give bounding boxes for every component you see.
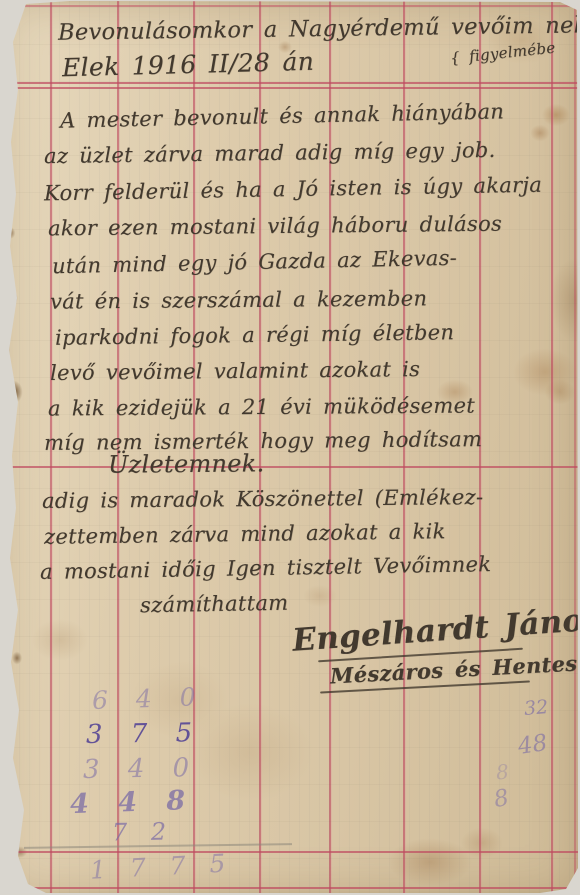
body-line-1: A mester bevonult és annak hiányában — [60, 99, 505, 132]
body-line-12: adig is maradok Köszönettel (Emlékez- — [42, 485, 484, 513]
body-line-2: az üzlet zárva marad adig míg egy job. — [44, 138, 496, 168]
dateline: Elek 1916 II/28 án — [62, 47, 315, 83]
signature-name: Engelhardt János — [291, 601, 580, 658]
letter-paper: Bevonulásomkor a Nagyérdemű vevőim nek {… — [0, 0, 580, 895]
calc-left-row-4: 4 4 8 — [69, 785, 195, 820]
calc-left-row-5: 7 2 — [112, 817, 175, 846]
body-line-13: zettemben zárva mind azokat a kik — [44, 519, 446, 549]
signature-profession: Mészáros és Hentes — [330, 651, 578, 689]
horizontal-rule-top — [0, 5, 580, 7]
horizontal-rule-mid — [0, 466, 580, 468]
body-line-4: akor ezen mostani világ háboru dulásos — [48, 212, 502, 241]
horizontal-rule-header-a — [0, 82, 580, 84]
calc-left-total: 1 7 7 5 — [89, 848, 234, 884]
calc-left-row-1: 6 4 0 — [92, 682, 207, 715]
calc-left-row-2: 3 7 5 — [86, 718, 203, 750]
body-line-14: a mostani időig Igen tisztelt Vevőimnek — [40, 552, 492, 584]
calc-left-row-3: 3 4 0 — [83, 753, 200, 785]
horizontal-rule-bottom-b — [0, 887, 580, 889]
body-line-8: levő vevőimel valamint azokat is — [50, 357, 420, 385]
horizontal-rule-header-b — [0, 87, 580, 89]
calc-right-row-3: 8 — [495, 759, 510, 784]
vertical-rule-8 — [551, 0, 553, 895]
body-line-7: iparkodni fogok a régi míg életben — [55, 320, 454, 350]
body-line-11: Üzletemnek. — [108, 449, 265, 478]
vertical-rule-9 — [574, 0, 576, 895]
body-line-9: a kik ezidejük a 21 évi müködésemet — [48, 394, 475, 421]
header-line: Bevonulásomkor a Nagyérdemű vevőim nek — [58, 12, 580, 45]
body-line-6: vát én is szerszámal a kezemben — [50, 286, 427, 313]
calc-right-row-2: 48 — [516, 730, 549, 760]
header-side-note: { figyelmébe — [449, 39, 556, 68]
horizontal-rule-bottom-a — [0, 851, 580, 853]
calc-right-row-4: 8 — [492, 785, 511, 813]
body-line-5: után mind egy jó Gazda az Ekevas- — [52, 246, 458, 278]
body-line-15: számíthattam — [140, 591, 289, 618]
calc-right-row-1: 32 — [523, 696, 549, 720]
